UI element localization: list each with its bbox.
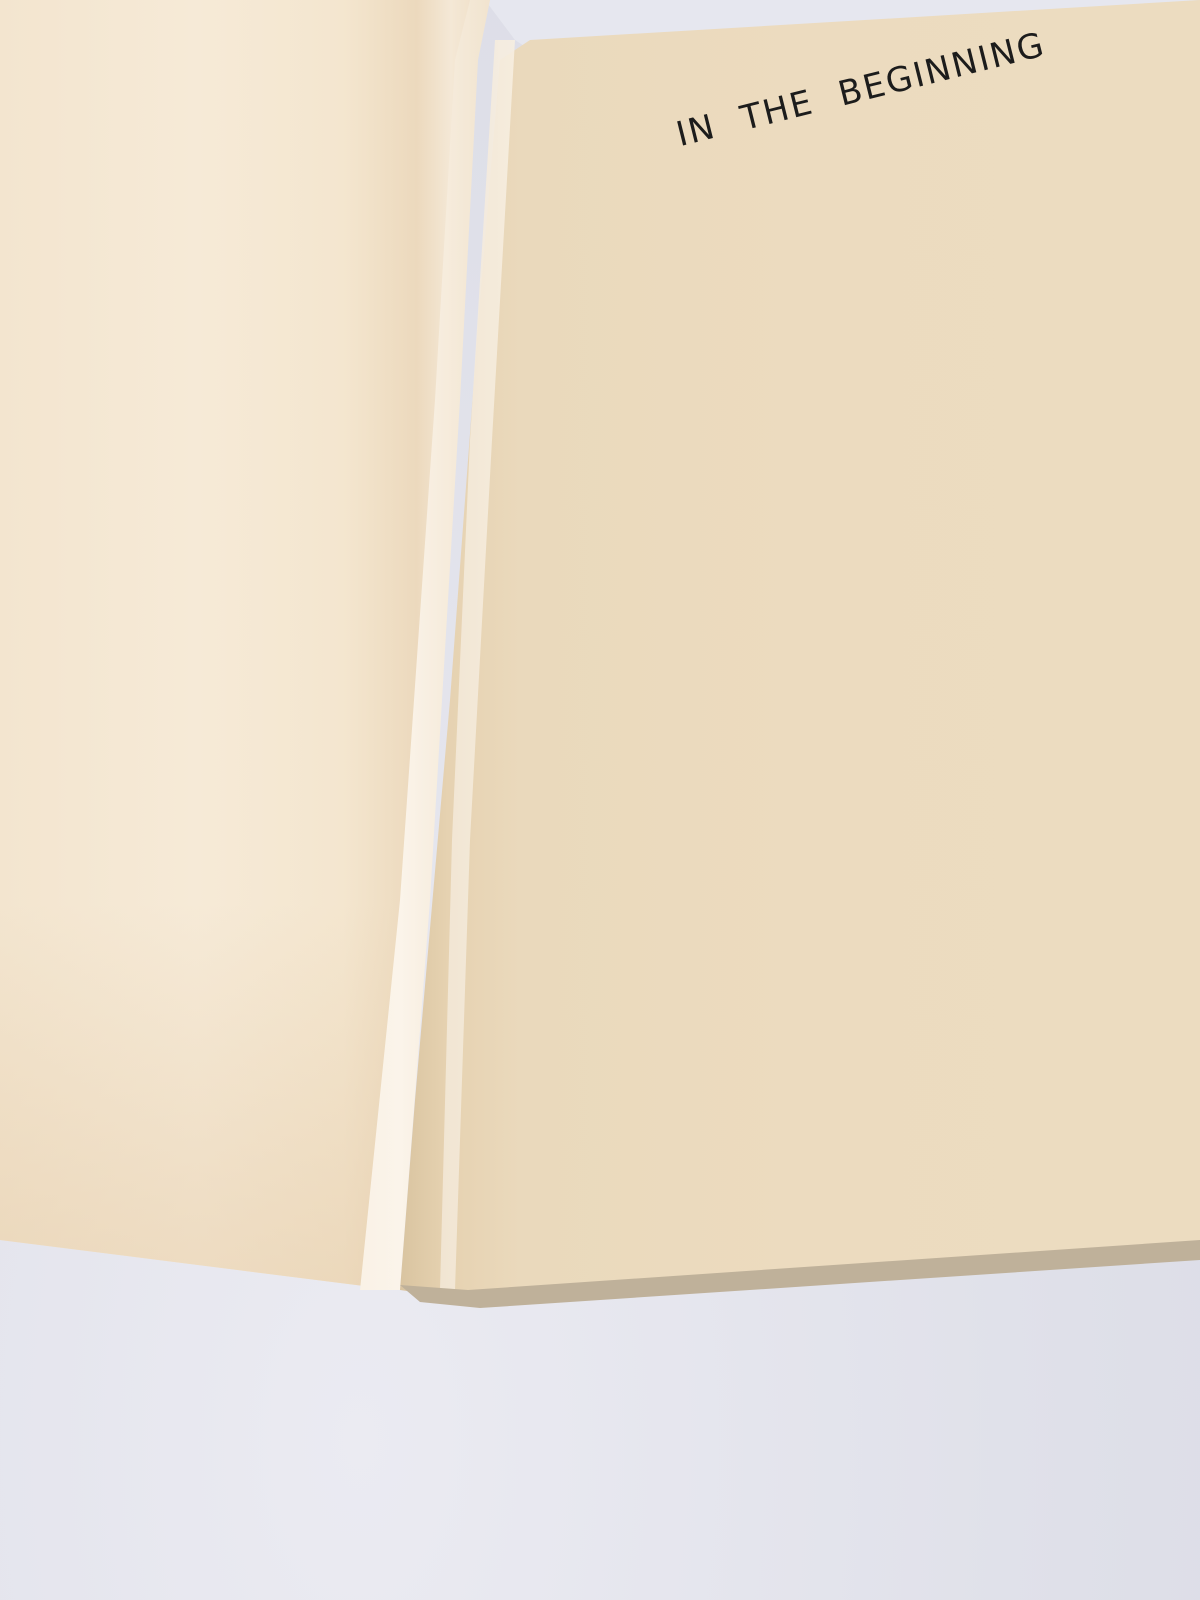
right-title-page: [400, 0, 1200, 1320]
